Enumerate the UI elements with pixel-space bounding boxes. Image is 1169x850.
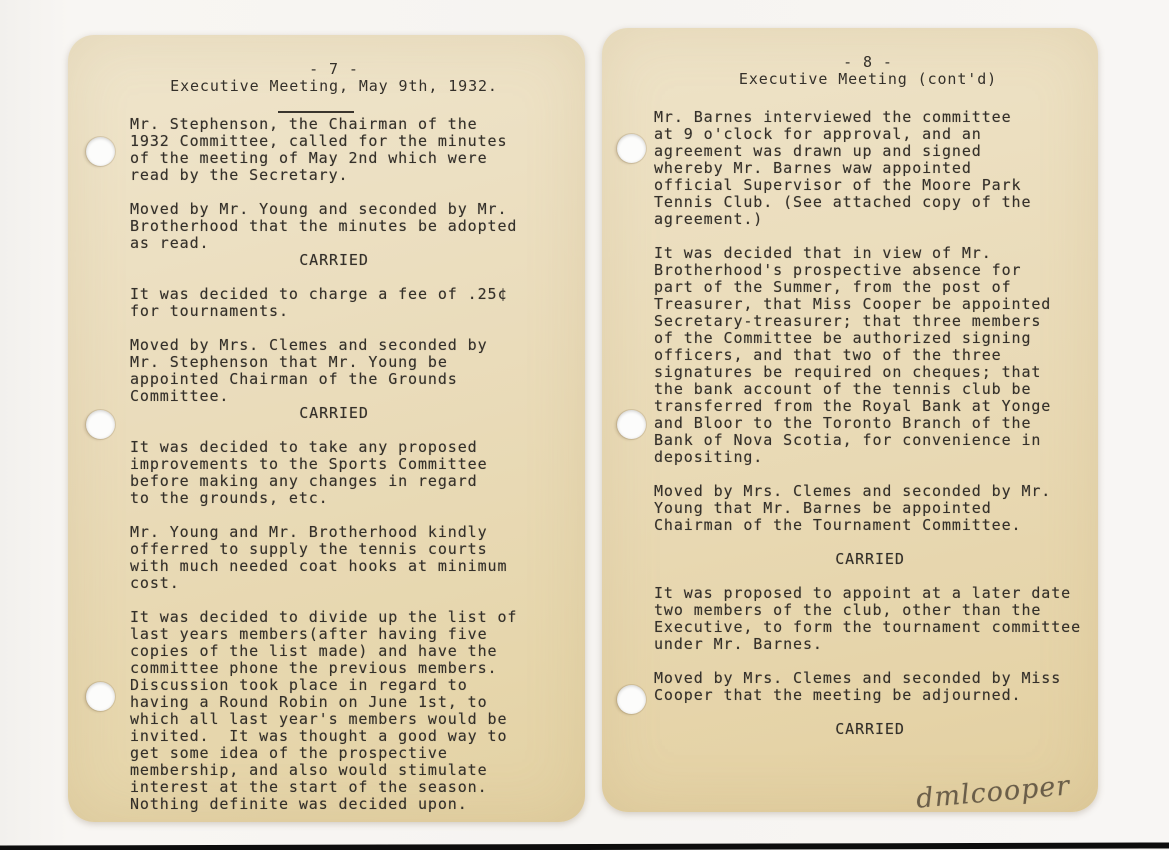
punch-hole	[86, 137, 115, 166]
page-body: Mr. Barnes interviewed the committee at …	[654, 109, 1086, 738]
minutes-paragraph: Moved by Mr. Young and seconded by Mr. B…	[130, 201, 538, 252]
page-title: Executive Meeting, May 9th, 1932.	[130, 78, 538, 95]
page-number: - 7 -	[130, 61, 538, 78]
typed-underline-mark	[278, 111, 354, 113]
minutes-paragraph: It was decided to take any proposed impr…	[130, 439, 538, 507]
minutes-paragraph: Mr. Young and Mr. Brotherhood kindly off…	[130, 524, 538, 592]
page-header: - 8 - Executive Meeting (cont'd)	[654, 54, 1082, 88]
carried-label: CARRIED	[130, 252, 538, 269]
scanner-edge	[0, 842, 1169, 850]
scanned-document-backdrop: - 7 - Executive Meeting, May 9th, 1932. …	[0, 0, 1169, 850]
minutes-paragraph: Moved by Mrs. Clemes and seconded by Mr.…	[654, 483, 1086, 534]
page-header: - 7 - Executive Meeting, May 9th, 1932.	[130, 61, 538, 95]
minutes-paragraph: Mr. Stephenson, the Chairman of the 1932…	[130, 116, 538, 184]
page-title: Executive Meeting (cont'd)	[654, 71, 1082, 88]
minutes-paragraph: It was proposed to appoint at a later da…	[654, 585, 1086, 653]
punch-hole	[86, 682, 115, 711]
minutes-paragraph: Moved by Mrs. Clemes and seconded by Mr.…	[130, 337, 538, 405]
page-number: - 8 -	[654, 54, 1082, 71]
minutes-page-8: - 8 - Executive Meeting (cont'd) Mr. Bar…	[602, 28, 1098, 812]
minutes-paragraph: Mr. Barnes interviewed the committee at …	[654, 109, 1086, 228]
minutes-paragraph: It was decided to divide up the list of …	[130, 609, 538, 813]
punch-hole	[617, 685, 646, 714]
handwritten-signature: dmlcooper	[915, 770, 1071, 814]
carried-label: CARRIED	[130, 405, 538, 422]
carried-label: CARRIED	[654, 551, 1086, 568]
minutes-paragraph: Moved by Mrs. Clemes and seconded by Mis…	[654, 670, 1086, 704]
carried-label: CARRIED	[654, 721, 1086, 738]
page-body: Mr. Stephenson, the Chairman of the 1932…	[130, 116, 538, 813]
punch-hole	[617, 410, 646, 439]
minutes-paragraph: It was decided to charge a fee of .25¢ f…	[130, 286, 538, 320]
minutes-paragraph: It was decided that in view of Mr. Broth…	[654, 245, 1086, 466]
minutes-page-7: - 7 - Executive Meeting, May 9th, 1932. …	[68, 35, 585, 822]
punch-hole	[617, 134, 646, 163]
punch-hole	[86, 410, 115, 439]
